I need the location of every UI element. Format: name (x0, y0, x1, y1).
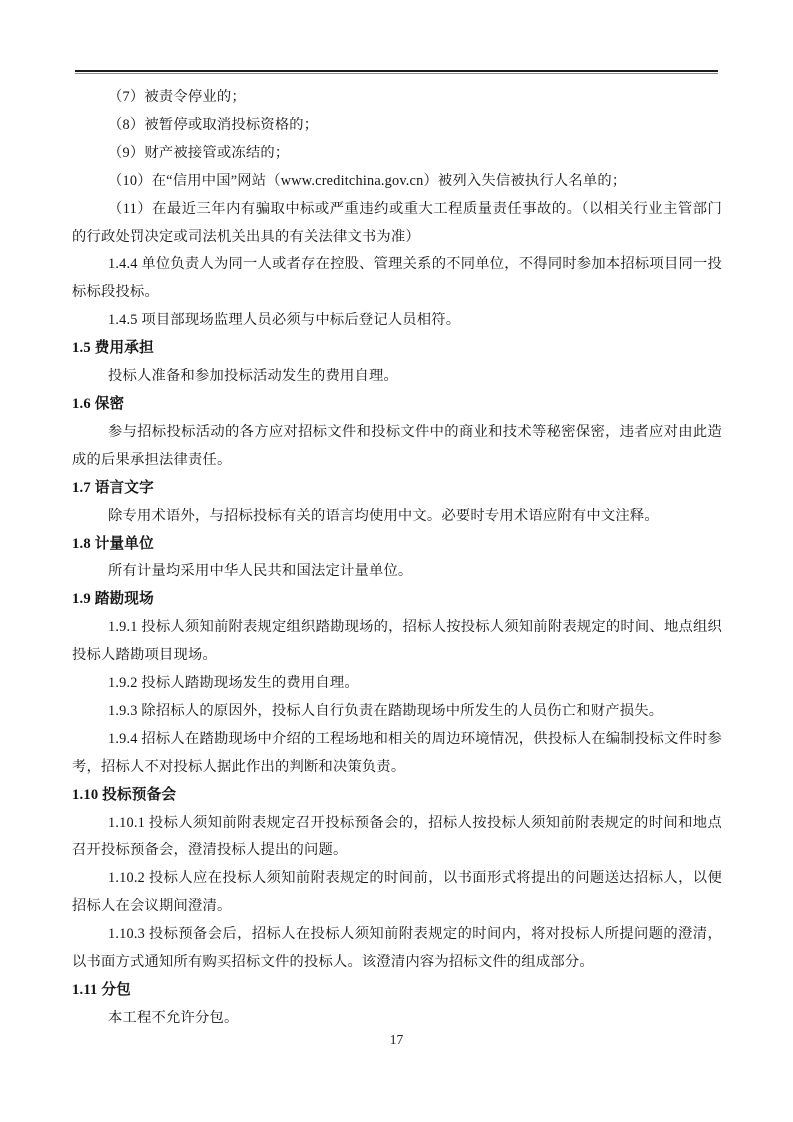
page-number: 17 (0, 1032, 793, 1048)
clause-1-9-2: 1.9.2 投标人踏勘现场发生的费用自理。 (72, 670, 722, 698)
clause-1-10-1: 1.10.1 投标人须知前附表规定召开投标预备会的，招标人按投标人须知前附表规定… (72, 810, 722, 866)
clause-9: （9）财产被接管或冻结的； (72, 140, 722, 168)
clause-8: （8）被暂停或取消投标资格的； (72, 112, 722, 140)
clause-1-9-1: 1.9.1 投标人须知前附表规定组织踏勘现场的，招标人按投标人须知前附表规定的时… (72, 614, 722, 670)
header-rule (75, 70, 718, 74)
clause-1-11-body: 本工程不允许分包。 (72, 1005, 722, 1033)
heading-1-9: 1.9 踏勘现场 (72, 586, 722, 614)
heading-1-11: 1.11 分包 (72, 977, 722, 1005)
heading-1-10: 1.10 投标预备会 (72, 782, 722, 810)
heading-1-5: 1.5 费用承担 (72, 335, 722, 363)
clause-7: （7）被责令停业的； (72, 84, 722, 112)
heading-1-7: 1.7 语言文字 (72, 475, 722, 503)
document-content: （7）被责令停业的； （8）被暂停或取消投标资格的； （9）财产被接管或冻结的；… (72, 84, 722, 1033)
clause-1-9-4: 1.9.4 招标人在踏勘现场中介绍的工程场地和相关的周边环境情况，供投标人在编制… (72, 726, 722, 782)
clause-1-7-body: 除专用术语外，与招标投标有关的语言均使用中文。必要时专用术语应附有中文注释。 (72, 503, 722, 531)
heading-1-8: 1.8 计量单位 (72, 531, 722, 559)
document-page: （7）被责令停业的； （8）被暂停或取消投标资格的； （9）财产被接管或冻结的；… (0, 0, 793, 1122)
clause-11: （11）在最近三年内有骗取中标或严重违约或重大工程质量责任事故的。（以相关行业主… (72, 196, 722, 252)
clause-1-10-2: 1.10.2 投标人应在投标人须知前附表规定的时间前，以书面形式将提出的问题送达… (72, 865, 722, 921)
clause-1-5-body: 投标人准备和参加投标活动发生的费用自理。 (72, 363, 722, 391)
clause-1-6-body: 参与招标投标活动的各方应对招标文件和投标文件中的商业和技术等秘密保密，违者应对由… (72, 419, 722, 475)
header-rule-thick-line (75, 70, 718, 72)
header-rule-thin-line (75, 73, 718, 74)
clause-10: （10）在“信用中国”网站（www.creditchina.gov.cn）被列入… (72, 168, 722, 196)
clause-1-8-body: 所有计量均采用中华人民共和国法定计量单位。 (72, 558, 722, 586)
clause-1-10-3: 1.10.3 投标预备会后，招标人在投标人须知前附表规定的时间内，将对投标人所提… (72, 921, 722, 977)
clause-1-4-4: 1.4.4 单位负责人为同一人或者存在控股、管理关系的不同单位，不得同时参加本招… (72, 251, 722, 307)
heading-1-6: 1.6 保密 (72, 391, 722, 419)
clause-1-4-5: 1.4.5 项目部现场监理人员必须与中标后登记人员相符。 (72, 307, 722, 335)
clause-1-9-3: 1.9.3 除招标人的原因外，投标人自行负责在踏勘现场中所发生的人员伤亡和财产损… (72, 698, 722, 726)
